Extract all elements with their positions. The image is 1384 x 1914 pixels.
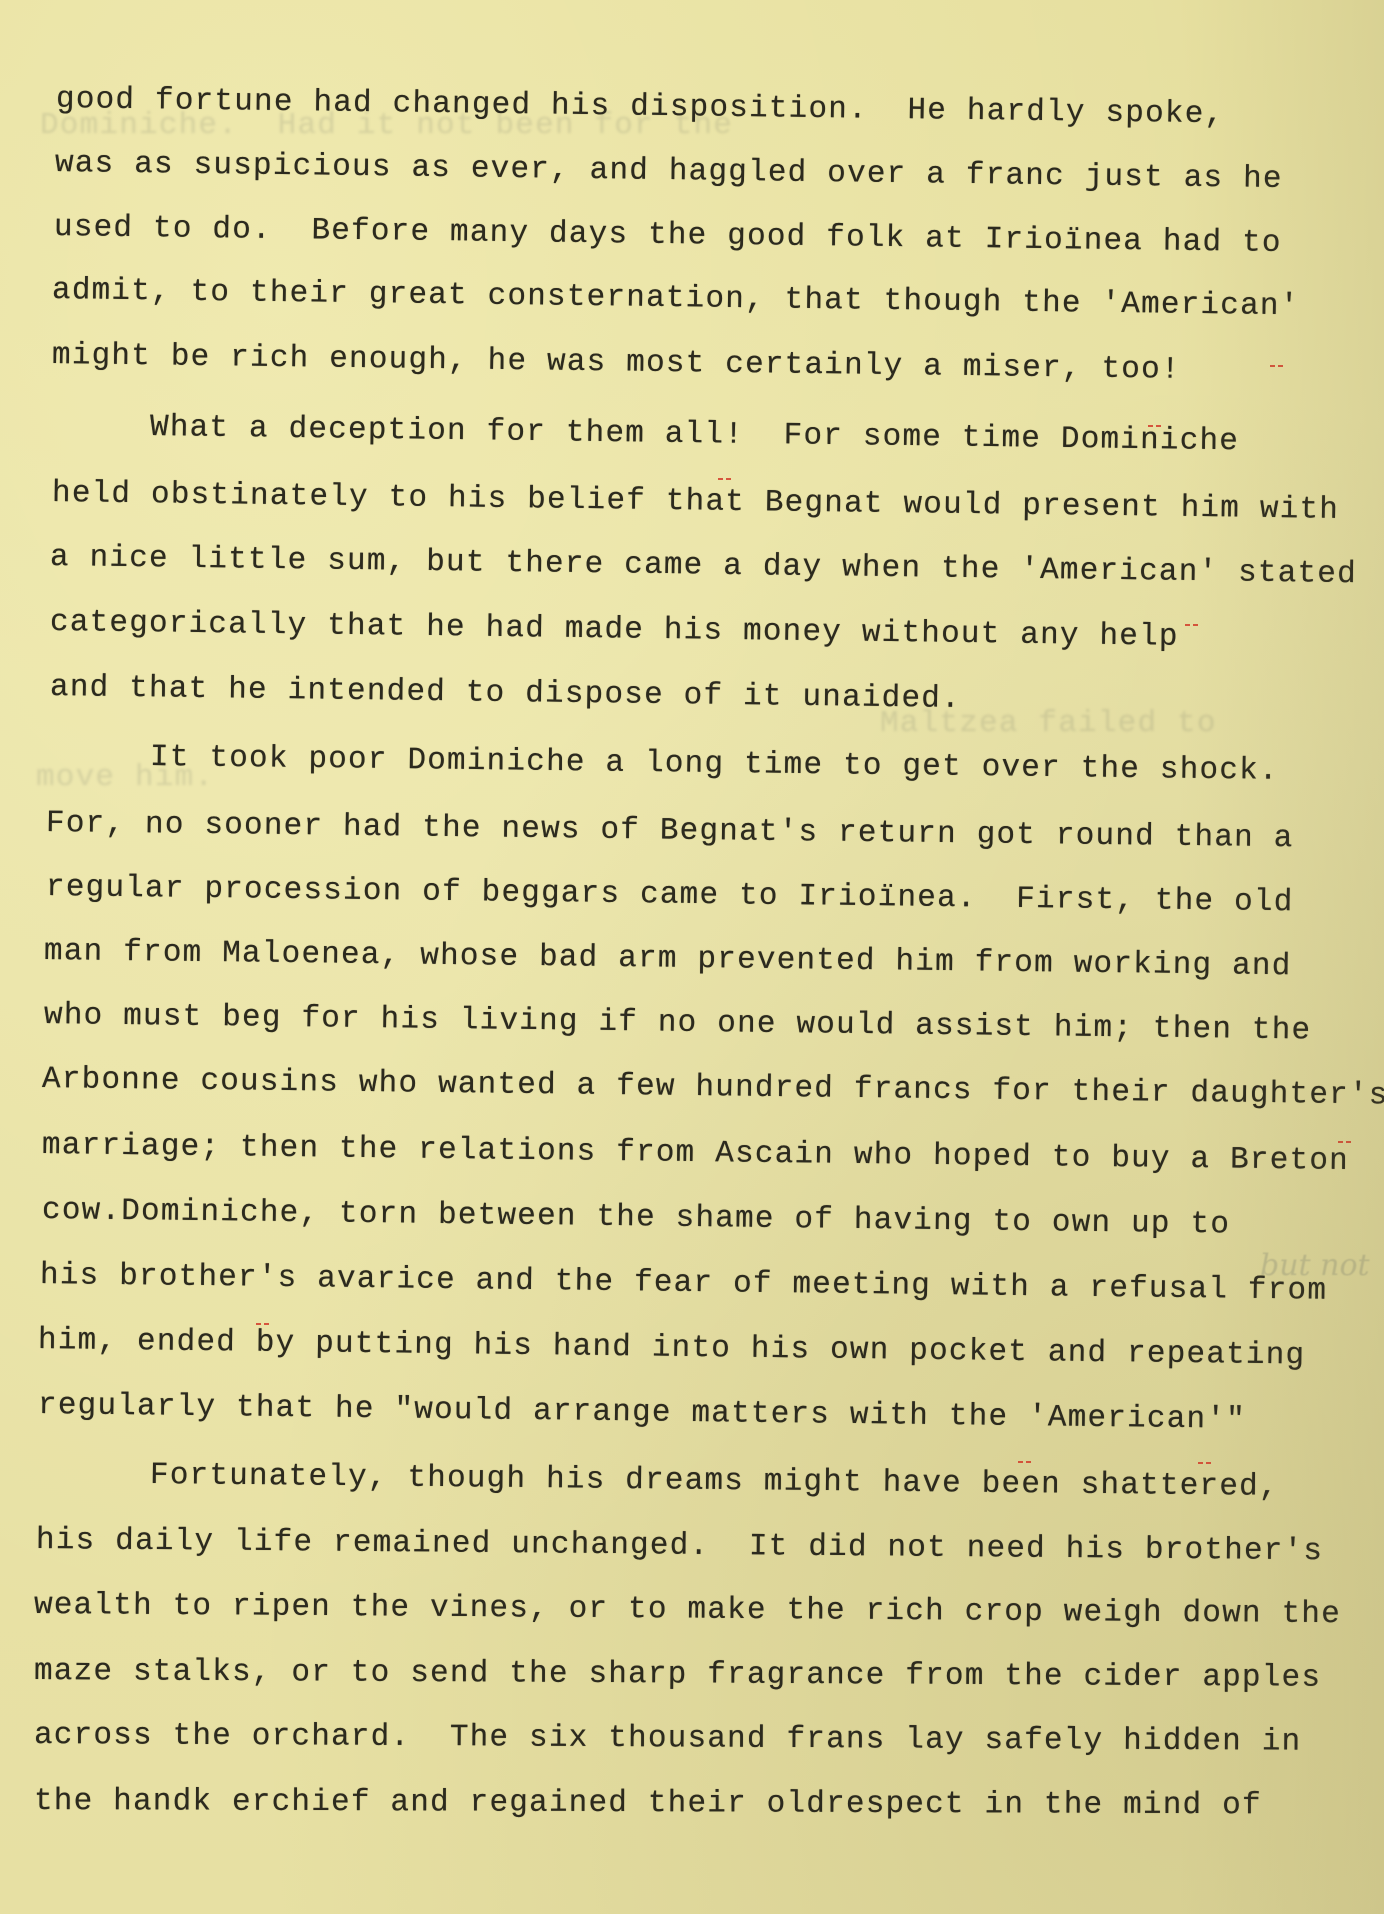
text-line: used to do. Before many days the good fo… <box>54 212 1282 259</box>
correction-mark <box>718 478 732 480</box>
text-line: who must beg for his living if no one wo… <box>44 1000 1312 1046</box>
text-line: his daily life remained unchanged. It di… <box>36 1525 1323 1567</box>
text-line: Fortunately, though his dreams might hav… <box>150 1460 1279 1503</box>
scanned-page: Dominiche. Had it not been for the Maltz… <box>0 0 1384 1914</box>
text-line: the handk erchief and regained their old… <box>34 1786 1262 1821</box>
text-line: maze stalks, or to send the sharp fragra… <box>34 1656 1321 1694</box>
text-line: across the orchard. The six thousand fra… <box>34 1720 1302 1758</box>
text-line: Arbonne cousins who wanted a few hundred… <box>42 1064 1384 1111</box>
text-line: him, ended by putting his hand into his … <box>38 1325 1306 1371</box>
correction-mark <box>1185 624 1199 626</box>
text-line: man from Maloenea, whose bad arm prevent… <box>44 936 1292 982</box>
text-line: It took poor Dominiche a long time to ge… <box>150 742 1279 787</box>
correction-mark <box>1148 425 1162 427</box>
text-line: marriage; then the relations from Ascain… <box>42 1130 1349 1177</box>
correction-mark <box>1338 1141 1352 1143</box>
text-line: For, no sooner had the news of Begnat's … <box>46 808 1294 854</box>
text-line: categorically that he had made his money… <box>50 607 1179 653</box>
text-line: wealth to ripen the vines, or to make th… <box>34 1590 1341 1630</box>
correction-mark <box>1270 365 1284 367</box>
text-line: admit, to their great consternation, tha… <box>52 275 1300 322</box>
text-line: and that he intended to dispose of it un… <box>50 672 961 715</box>
text-line: might be rich enough, he was most certai… <box>52 340 1181 386</box>
text-line: cow.Dominiche, torn between the shame of… <box>42 1195 1230 1241</box>
correction-mark <box>1018 1461 1032 1463</box>
text-line: regular procession of beggars came to Ir… <box>46 872 1294 918</box>
text-line: a nice little sum, but there came a day … <box>50 542 1357 590</box>
text-line: held obstinately to his belief that Begn… <box>52 478 1339 526</box>
correction-mark <box>1198 1462 1212 1464</box>
text-line: was as suspicious as ever, and haggled o… <box>55 148 1283 195</box>
text-line: his brother's avarice and the fear of me… <box>40 1260 1327 1307</box>
text-line: regularly that he "would arrange matters… <box>38 1390 1246 1436</box>
correction-mark <box>256 1323 270 1325</box>
text-line: What a deception for them all! For some … <box>150 412 1239 457</box>
